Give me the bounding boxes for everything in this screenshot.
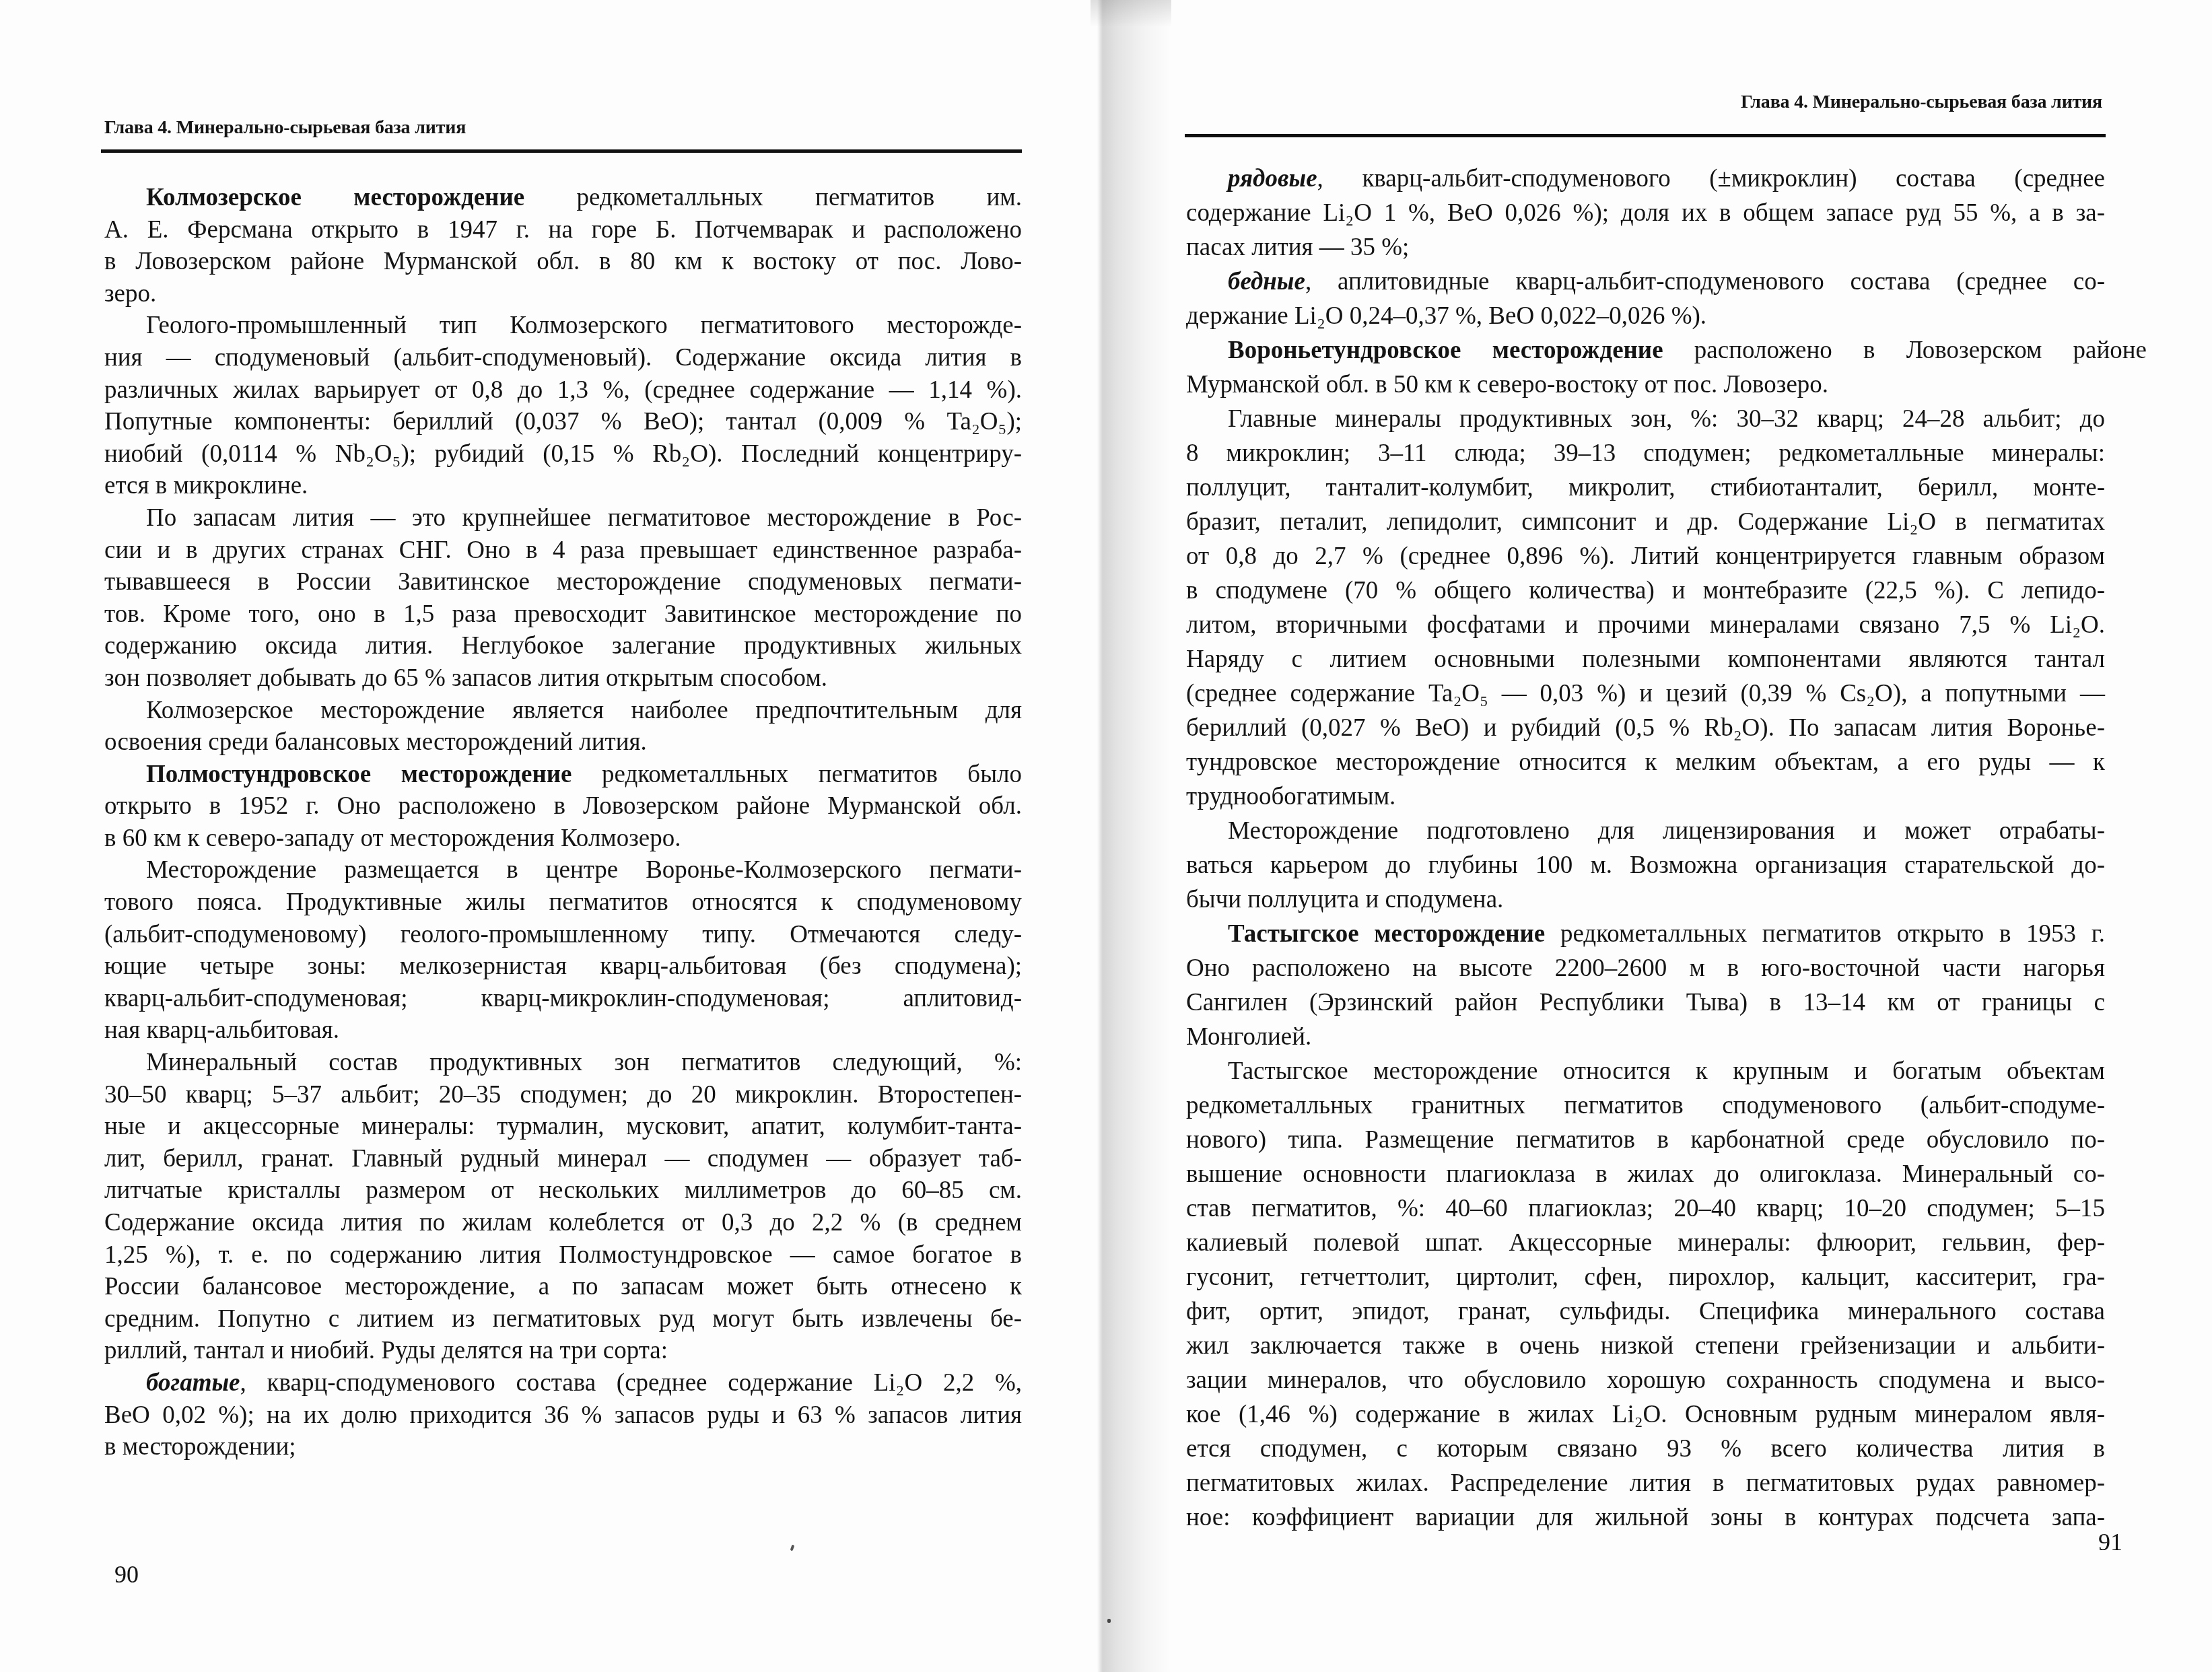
text-line: Главные минералы продуктивных зон, %: 30…: [1186, 402, 2105, 436]
text-run: ная кварц-альбитовая.: [104, 1016, 339, 1044]
text-run: фит, ортит, эпидот, гранат, сульфиды. Сп…: [1186, 1298, 2105, 1325]
text-line: Полмостундровское месторождение редкомет…: [104, 759, 1022, 791]
text-line: 8 микроклин; 3–11 слюда; 39–13 сподумен;…: [1186, 436, 2105, 471]
text-line: России балансовое месторождение, а по за…: [104, 1271, 1022, 1303]
text-run: Содержание оксида лития по жилам колебле…: [104, 1209, 1022, 1236]
page-right: Глава 4. Минерально-сырьевая база лития …: [1104, 0, 2212, 1672]
body-text: рядовые, кварц-альбит-сподуменового (±ми…: [1186, 162, 2105, 1535]
text-run: (среднее содержание Ta₂O₅ — 0,03 %) и це…: [1186, 680, 2105, 707]
text-line: Сангилен (Эрзинский район Республики Тыв…: [1186, 985, 2105, 1020]
text-run: бериллий (0,027 % BeO) и рубидий (0,5 % …: [1186, 714, 2105, 742]
text-run: тундровское месторождение относится к ме…: [1186, 748, 2105, 776]
text-run: открыто в 1952 г. Оно расположено в Лово…: [104, 792, 1022, 820]
text-line: кое (1,46 %) содержание в жилах Li₂O. Ос…: [1186, 1397, 2105, 1432]
text-line: став пегматитов, %: 40–60 плагиоклаз; 20…: [1186, 1191, 2105, 1226]
text-run: в Ловозерском районе Мурманской обл. в 8…: [104, 248, 1022, 275]
text-run: ное: коэффициент вариации для жильной зо…: [1186, 1504, 2105, 1531]
text-line: BeO 0,02 %); на их долю приходится 36 % …: [104, 1399, 1022, 1432]
text-run: Наряду с литием основными полезными комп…: [1186, 646, 2105, 673]
text-run: Сангилен (Эрзинский район Республики Тыв…: [1186, 989, 2105, 1016]
text-line: рядовые, кварц-альбит-сподуменового (±ми…: [1186, 162, 2105, 196]
text-run: в 60 км к северо-западу от месторождения…: [104, 825, 681, 852]
text-run: Оно расположено на высоте 2200–2600 м в …: [1186, 954, 2105, 982]
text-run: BeO 0,02 %); на их долю приходится 36 % …: [104, 1401, 1022, 1429]
text-run: зации минералов, что обусловило хорошую …: [1186, 1366, 2105, 1394]
text-line: По запасам лития — это крупнейшее пегмат…: [104, 502, 1022, 534]
text-run: Минеральный состав продуктивных зон пегм…: [146, 1049, 1022, 1076]
text-run: , кварц-сподуменового состава (среднее с…: [240, 1369, 1022, 1397]
text-run: поллуцит, танталит-колумбит, микролит, с…: [1186, 474, 2105, 501]
text-run: ется в микроклине.: [104, 472, 308, 499]
text-line: ваться карьером до глубины 100 м. Возмож…: [1186, 848, 2105, 882]
text-run: кое (1,46 %) содержание в жилах Li₂O. Ос…: [1186, 1401, 2105, 1428]
text-run: тывавшееся в России Завитинское месторож…: [104, 568, 1022, 596]
text-line: Минеральный состав продуктивных зон пегм…: [104, 1047, 1022, 1079]
text-line: пегматитовых жилах. Распределение лития …: [1186, 1466, 2105, 1500]
text-line: в месторождении;: [104, 1431, 1022, 1463]
deposit-name: Полмостундровское месторождение: [146, 761, 572, 788]
text-run: ющие четыре зоны: мелкозернистая кварц-а…: [104, 952, 1022, 980]
text-line: открыто в 1952 г. Оно расположено в Лово…: [104, 790, 1022, 823]
ore-grade-term: бедные: [1228, 268, 1305, 295]
text-line: ется в микроклине.: [104, 470, 1022, 502]
text-line: бразит, петалит, лепидолит, симпсонит и …: [1186, 505, 2105, 539]
text-line: ния — сподуменовый (альбит-сподуменовый)…: [104, 342, 1022, 374]
body-text: Колмозерское месторождение редкометалльн…: [104, 182, 1022, 1463]
text-line: поллуцит, танталит-колумбит, микролит, с…: [1186, 471, 2105, 505]
text-line: Геолого-промышленный тип Колмозерского п…: [104, 310, 1022, 342]
text-line: вышение основности плагиоклаза в жилах д…: [1186, 1157, 2105, 1191]
text-run: литом, вторичными фосфатами и прочими ми…: [1186, 611, 2105, 639]
text-run: 8 микроклин; 3–11 слюда; 39–13 сподумен;…: [1186, 440, 2105, 467]
text-run: Главные минералы продуктивных зон, %: 30…: [1228, 405, 2105, 433]
page-number: 91: [2098, 1530, 2122, 1554]
text-line: фит, ортит, эпидот, гранат, сульфиды. Сп…: [1186, 1294, 2105, 1329]
running-head: Глава 4. Минерально-сырьевая база лития: [104, 118, 466, 137]
text-run: бычи поллуцита и сподумена.: [1186, 886, 1503, 913]
text-line: средним. Попутно с литием из пегматитовы…: [104, 1303, 1022, 1335]
text-line: риллий, тантал и ниобий. Руды делятся на…: [104, 1335, 1022, 1367]
text-line: Колмозерское месторождение редкометалльн…: [104, 182, 1022, 214]
text-run: содержанию оксида лития. Неглубокое зале…: [104, 632, 1022, 660]
header-rule: [101, 149, 1022, 153]
text-run: литчатые кристаллы размером от нескольки…: [104, 1177, 1022, 1204]
text-line: (альбит-сподуменовому) геолого-промышлен…: [104, 919, 1022, 951]
text-run: держание Li₂O 0,24–0,37 %, BeO 0,022–0,0…: [1186, 302, 1706, 330]
text-run: зон позволяет добывать до 65 % запасов л…: [104, 664, 827, 692]
text-run: кварц-альбит-сподуменовая; кварц-микрокл…: [104, 985, 1022, 1012]
text-run: По запасам лития — это крупнейшее пегмат…: [146, 504, 1022, 532]
text-run: риллий, тантал и ниобий. Руды делятся на…: [104, 1337, 668, 1364]
text-line: ная кварц-альбитовая.: [104, 1014, 1022, 1047]
text-run: лит, берилл, гранат. Главный рудный мине…: [104, 1145, 1022, 1173]
text-run: зеро.: [104, 280, 156, 308]
text-run: труднообогатимым.: [1186, 783, 1395, 810]
scan-speck: [1107, 1619, 1111, 1623]
text-line: Месторождение подготовлено для лицензиро…: [1186, 814, 2105, 848]
text-run: Месторождение подготовлено для лицензиро…: [1228, 817, 2105, 845]
text-run: различных жилах варьирует от 0,8 до 1,3 …: [104, 376, 1022, 404]
text-line: ется сподумен, с которым связано 93 % вс…: [1186, 1432, 2105, 1466]
text-line: содержание Li₂O 1 %, BeO 0,026 %); доля …: [1186, 196, 2105, 230]
text-run: расположено в Ловозерском районе: [1663, 337, 2147, 364]
text-run: от 0,8 до 2,7 % (среднее 0,896 %). Литий…: [1186, 543, 2105, 570]
text-line: А. Е. Ферсмана открыто в 1947 г. на горе…: [104, 214, 1022, 246]
text-line: 1,25 %), т. е. по содержанию лития Полмо…: [104, 1239, 1022, 1272]
text-run: (альбит-сподуменовому) геолого-промышлен…: [104, 921, 1022, 948]
text-line: содержанию оксида лития. Неглубокое зале…: [104, 630, 1022, 662]
text-run: редкометалльных пегматитов открыто в 195…: [1545, 920, 2105, 948]
text-run: 1,25 %), т. е. по содержанию лития Полмо…: [104, 1241, 1022, 1269]
text-line: в сподумене (70 % общего количества) и м…: [1186, 573, 2105, 608]
text-line: Месторождение размещается в центре Ворон…: [104, 854, 1022, 886]
text-line: тывавшееся в России Завитинское месторож…: [104, 566, 1022, 598]
text-run: ния — сподуменовый (альбит-сподуменовый)…: [104, 344, 1022, 372]
text-line: пасах лития — 35 %;: [1186, 230, 2105, 265]
text-run: Попутные компоненты: бериллий (0,037 % B…: [104, 408, 1022, 436]
text-run: в месторождении;: [104, 1433, 296, 1461]
text-run: России балансовое месторождение, а по за…: [104, 1273, 1022, 1300]
text-run: пегматитовых жилах. Распределение лития …: [1186, 1469, 2105, 1497]
text-line: освоения среди балансовых месторождений …: [104, 726, 1022, 759]
text-run: калиевый полевой шпат. Акцессорные минер…: [1186, 1229, 2105, 1257]
text-run: редкометалльных гранитных пегматитов спо…: [1186, 1092, 2105, 1119]
text-run: ваться карьером до глубины 100 м. Возмож…: [1186, 851, 2105, 879]
text-line: в Ловозерском районе Мурманской обл. в 8…: [104, 246, 1022, 278]
text-line: тового пояса. Продуктивные жилы пегматит…: [104, 886, 1022, 919]
gutter-shadow: [1097, 0, 1171, 1672]
text-run: , аплитовидные кварц-альбит-сподуменовог…: [1305, 268, 2105, 295]
text-run: редкометалльных пегматитов было: [572, 761, 1023, 788]
text-line: лит, берилл, гранат. Главный рудный мине…: [104, 1143, 1022, 1175]
text-line: от 0,8 до 2,7 % (среднее 0,896 %). Литий…: [1186, 539, 2105, 573]
text-line: ниобий (0,0114 % Nb₂O₅); рубидий (0,15 %…: [104, 438, 1022, 471]
text-line: Оно расположено на высоте 2200–2600 м в …: [1186, 951, 2105, 985]
text-run: Колмозерское месторождение является наиб…: [146, 697, 1022, 724]
text-line: ные и акцессорные минералы: турмалин, му…: [104, 1111, 1022, 1143]
text-line: Монголией.: [1186, 1020, 2105, 1054]
deposit-name: Вороньетундровское месторождение: [1228, 337, 1663, 364]
text-line: жил заключается также в очень низкой сте…: [1186, 1329, 2105, 1363]
text-run: сии и в других странах СНГ. Оно в 4 раза…: [104, 536, 1022, 564]
text-line: тов. Кроме того, оно в 1,5 раза превосхо…: [104, 598, 1022, 631]
running-head: Глава 4. Минерально-сырьевая база лития: [1741, 93, 2102, 112]
text-run: ется сподумен, с которым связано 93 % вс…: [1186, 1435, 2105, 1463]
text-run: редкометалльных пегматитов им.: [524, 184, 1022, 211]
text-line: Вороньетундровское месторождение располо…: [1186, 333, 2147, 368]
text-run: гусонит, гетчеттолит, циртолит, сфен, пи…: [1186, 1263, 2105, 1291]
text-line: богатые, кварц-сподуменового состава (ср…: [104, 1367, 1022, 1399]
text-line: редкометалльных гранитных пегматитов спо…: [1186, 1088, 2105, 1123]
text-run: Геолого-промышленный тип Колмозерского п…: [146, 312, 1022, 339]
text-line: бериллий (0,027 % BeO) и рубидий (0,5 % …: [1186, 711, 2105, 745]
text-line: калиевый полевой шпат. Акцессорные минер…: [1186, 1226, 2105, 1260]
header-rule: [1185, 134, 2106, 137]
text-run: , кварц-альбит-сподуменового (±микроклин…: [1317, 165, 2105, 193]
text-run: нового) типа. Размещение пегматитов в ка…: [1186, 1126, 2105, 1154]
text-run: жил заключается также в очень низкой сте…: [1186, 1332, 2105, 1360]
text-line: кварц-альбит-сподуменовая; кварц-микрокл…: [104, 983, 1022, 1015]
text-line: труднообогатимым.: [1186, 779, 2105, 814]
text-run: А. Е. Ферсмана открыто в 1947 г. на горе…: [104, 216, 1022, 244]
text-line: зации минералов, что обусловило хорошую …: [1186, 1363, 2105, 1397]
text-line: Наряду с литием основными полезными комп…: [1186, 642, 2105, 676]
text-line: литом, вторичными фосфатами и прочими ми…: [1186, 608, 2105, 642]
text-run: тового пояса. Продуктивные жилы пегматит…: [104, 889, 1022, 916]
page-number: 90: [114, 1562, 139, 1587]
text-run: пасах лития — 35 %;: [1186, 234, 1409, 261]
ore-grade-term: богатые: [146, 1369, 240, 1397]
text-line: 30–50 кварц; 5–37 альбит; 20–35 сподумен…: [104, 1079, 1022, 1111]
text-line: Содержание оксида лития по жилам колебле…: [104, 1207, 1022, 1239]
text-line: в 60 км к северо-западу от месторождения…: [104, 823, 1022, 855]
text-line: (среднее содержание Ta₂O₅ — 0,03 %) и це…: [1186, 676, 2105, 711]
text-line: Тастыгское месторождение относится к кру…: [1186, 1054, 2105, 1088]
scan-speck: [790, 1545, 795, 1552]
deposit-name: Колмозерское месторождение: [146, 184, 524, 211]
text-line: зеро.: [104, 278, 1022, 310]
text-run: содержание Li₂O 1 %, BeO 0,026 %); доля …: [1186, 199, 2105, 227]
text-line: бедные, аплитовидные кварц-альбит-сподум…: [1186, 265, 2105, 299]
text-run: став пегматитов, %: 40–60 плагиоклаз; 20…: [1186, 1195, 2105, 1222]
text-line: Попутные компоненты: бериллий (0,037 % B…: [104, 406, 1022, 438]
text-line: гусонит, гетчеттолит, циртолит, сфен, пи…: [1186, 1260, 2105, 1294]
text-run: Мурманской обл. в 50 км к северо-востоку…: [1186, 371, 1828, 398]
text-run: средним. Попутно с литием из пегматитовы…: [104, 1305, 1022, 1333]
text-line: ющие четыре зоны: мелкозернистая кварц-а…: [104, 950, 1022, 983]
text-run: 30–50 кварц; 5–37 альбит; 20–35 сподумен…: [104, 1081, 1022, 1109]
gutter-shadow-top: [1091, 0, 1171, 27]
text-line: различных жилах варьирует от 0,8 до 1,3 …: [104, 374, 1022, 407]
ore-grade-term: рядовые: [1228, 165, 1317, 193]
book-spread: Глава 4. Минерально-сырьевая база лития …: [0, 0, 2212, 1672]
text-line: литчатые кристаллы размером от нескольки…: [104, 1175, 1022, 1207]
text-run: вышение основности плагиоклаза в жилах д…: [1186, 1160, 2105, 1188]
text-run: ные и акцессорные минералы: турмалин, му…: [104, 1113, 1022, 1140]
page-left: Глава 4. Минерально-сырьевая база лития …: [0, 0, 1104, 1672]
text-run: тов. Кроме того, оно в 1,5 раза превосхо…: [104, 600, 1022, 628]
text-line: сии и в других странах СНГ. Оно в 4 раза…: [104, 534, 1022, 567]
text-line: тундровское месторождение относится к ме…: [1186, 745, 2105, 779]
text-run: Монголией.: [1186, 1023, 1311, 1051]
text-run: Месторождение размещается в центре Ворон…: [146, 856, 1022, 884]
deposit-name: Тастыгское месторождение: [1228, 920, 1545, 948]
text-run: ниобий (0,0114 % Nb₂O₅); рубидий (0,15 %…: [104, 440, 1022, 468]
text-run: Тастыгское месторождение относится к кру…: [1228, 1057, 2105, 1085]
text-line: Мурманской обл. в 50 км к северо-востоку…: [1186, 368, 2105, 402]
text-run: освоения среди балансовых месторождений …: [104, 728, 647, 756]
text-line: ное: коэффициент вариации для жильной зо…: [1186, 1500, 2105, 1535]
text-run: бразит, петалит, лепидолит, симпсонит и …: [1186, 508, 2105, 536]
text-line: Тастыгское месторождение редкометалльных…: [1186, 917, 2105, 951]
text-line: зон позволяет добывать до 65 % запасов л…: [104, 662, 1022, 695]
text-line: бычи поллуцита и сподумена.: [1186, 882, 2105, 917]
text-line: Колмозерское месторождение является наиб…: [104, 695, 1022, 727]
text-line: держание Li₂O 0,24–0,37 %, BeO 0,022–0,0…: [1186, 299, 2105, 333]
text-line: нового) типа. Размещение пегматитов в ка…: [1186, 1123, 2105, 1157]
text-run: в сподумене (70 % общего количества) и м…: [1186, 577, 2105, 604]
